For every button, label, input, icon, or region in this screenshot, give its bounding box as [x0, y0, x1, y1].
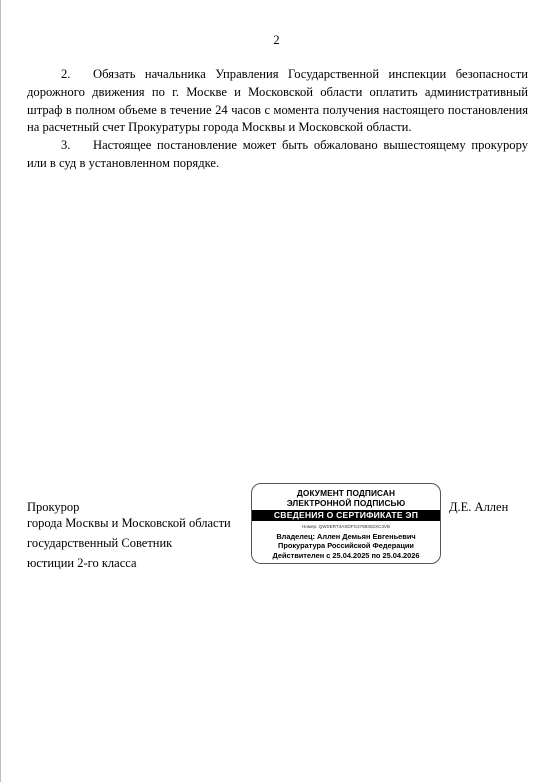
- paragraph-text: Обязать начальника Управления Государств…: [27, 67, 528, 134]
- paragraph-number: 3.: [61, 137, 93, 155]
- paragraph-3: 3.Настоящее постановление может быть обж…: [27, 137, 528, 173]
- certificate-number: Номер: QWSERT4ASDFG4789302XC3VB: [252, 524, 440, 530]
- position-line: государственный Советник: [27, 535, 252, 551]
- stamp-title: ДОКУМЕНТ ПОДПИСАН ЭЛЕКТРОННОЙ ПОДПИСЬЮ: [252, 489, 440, 508]
- electronic-signature-stamp: ДОКУМЕНТ ПОДПИСАН ЭЛЕКТРОННОЙ ПОДПИСЬЮ С…: [251, 483, 441, 564]
- page-left-border: [0, 0, 1, 782]
- certificate-owner: Владелец: Аллен Демьян Евгеньевич: [252, 532, 440, 541]
- paragraph-text: Настоящее постановление может быть обжал…: [27, 138, 528, 170]
- paragraph-2: 2.Обязать начальника Управления Государс…: [27, 66, 528, 137]
- position-line: города Москвы и Московской области: [27, 515, 252, 531]
- position-line: юстиции 2-го класса: [27, 555, 252, 571]
- stamp-certificate-bar: СВЕДЕНИЯ О СЕРТИФИКАТЕ ЭП: [252, 510, 440, 521]
- certificate-validity: Действителен с 25.04.2025 по 25.04.2026: [252, 551, 440, 560]
- certificate-organization: Прокуратура Российской Федерации: [252, 541, 440, 550]
- stamp-info: Владелец: Аллен Демьян Евгеньевич Прокур…: [252, 532, 440, 560]
- page-number: 2: [0, 32, 553, 48]
- signer-position: Прокурор города Москвы и Московской обла…: [27, 499, 252, 571]
- paragraph-number: 2.: [61, 66, 93, 84]
- signer-name: Д.Е. Аллен: [449, 499, 508, 515]
- position-line: Прокурор: [27, 499, 252, 515]
- document-body: 2.Обязать начальника Управления Государс…: [27, 66, 528, 173]
- stamp-title-line: ЭЛЕКТРОННОЙ ПОДПИСЬЮ: [252, 499, 440, 509]
